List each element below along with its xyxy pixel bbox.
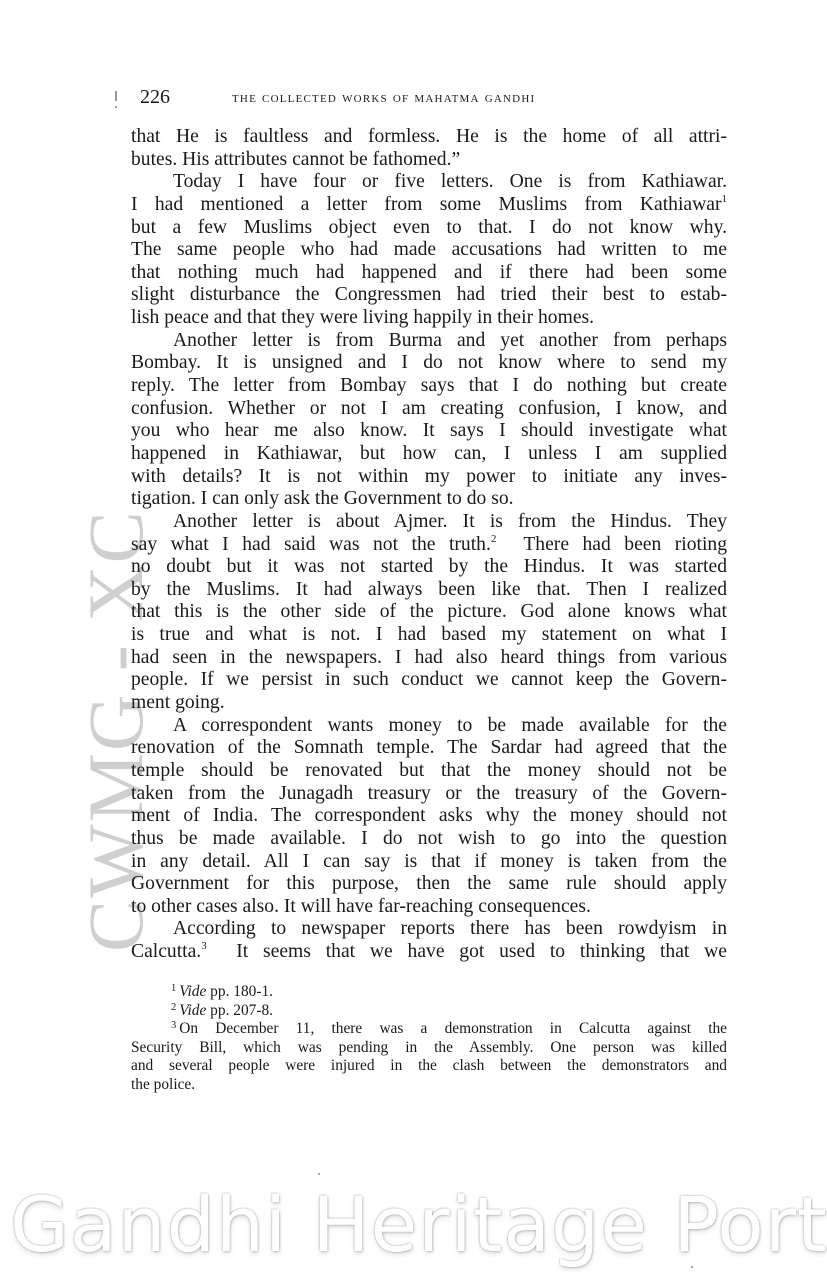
text-line: with details? It is not within my power …	[131, 466, 727, 489]
running-title: THE COLLECTED WORKS OF MAHATMA GANDHI	[232, 89, 535, 107]
text-span: It seems that we have got used to thinki…	[236, 941, 727, 962]
footnote-2: 2Vide pp. 207-8.	[131, 1002, 727, 1021]
text-line: ment of India. The correspondent asks wh…	[131, 805, 727, 828]
text-line: A correspondent wants money to be made a…	[131, 715, 727, 738]
paragraph: Another letter is about Ajmer. It is fro…	[131, 511, 727, 715]
text-line: taken from the Junagadh treasury or the …	[131, 783, 727, 806]
paragraph: According to newspaper reports there has…	[131, 918, 727, 963]
paragraph: Today I have four or five letters. One i…	[131, 171, 727, 329]
text-line: thus be made available. I do not wish to…	[131, 828, 727, 851]
text-span: There had been rioting	[523, 534, 727, 555]
text-line: Calcutta.3 It seems that we have got use…	[131, 941, 727, 964]
scan-speck	[318, 1173, 320, 1175]
text-line: no doubt but it was not started by the H…	[131, 556, 727, 579]
footnote-text: On December 11, there was a demonstratio…	[179, 1020, 727, 1037]
text-line: that nothing much had happened and if th…	[131, 262, 727, 285]
footnote-marker: 1	[171, 983, 176, 994]
body-text: that He is faultless and formless. He is…	[131, 126, 727, 964]
margin-mark	[115, 91, 117, 101]
paragraph: that He is faultless and formless. He is…	[131, 126, 727, 171]
text-span: Calcutta.	[131, 941, 201, 962]
text-line: confusion. Whether or not I am creating …	[131, 398, 727, 421]
footnote-italic: Vide	[179, 1002, 206, 1019]
text-span: say what I had said was not the truth.	[131, 534, 491, 555]
text-span: I had mentioned a letter from some Musli…	[131, 194, 722, 215]
text-line: According to newspaper reports there has…	[131, 918, 727, 941]
footnote-italic: Vide	[179, 983, 206, 1000]
document-page: CWMG - XC 226 THE COLLECTED WORKS OF MAH…	[0, 0, 827, 1272]
page-number: 226	[140, 86, 170, 109]
text-line: by the Muslims. It had always been like …	[131, 579, 727, 602]
text-line: that He is faultless and formless. He is…	[131, 126, 727, 149]
text-line: ment going.	[131, 692, 727, 715]
footnote-marker: 3	[171, 1020, 176, 1031]
text-line: renovation of the Somnath temple. The Sa…	[131, 737, 727, 760]
footnote-1: 1Vide pp. 180-1.	[131, 983, 727, 1002]
paragraph: A correspondent wants money to be made a…	[131, 715, 727, 919]
text-line: people. If we persist in such conduct we…	[131, 669, 727, 692]
text-line: temple should be renovated but that the …	[131, 760, 727, 783]
text-line: but a few Muslims object even to that. I…	[131, 217, 727, 240]
footnote-3-line: Security Bill, which was pending in the …	[131, 1039, 727, 1058]
bottom-watermark: Gandhi Heritage Portal	[10, 1180, 820, 1270]
text-line: in any detail. All I can say is that if …	[131, 851, 727, 874]
footnote-3-line: and several people were injured in the c…	[131, 1057, 727, 1076]
footnotes: 1Vide pp. 180-1. 2Vide pp. 207-8. 3On De…	[131, 983, 727, 1095]
text-line: butes. His attributes cannot be fathomed…	[131, 149, 727, 172]
text-line: reply. The letter from Bombay says that …	[131, 375, 727, 398]
text-line: Another letter is from Burma and yet ano…	[131, 330, 727, 353]
margin-dot	[115, 106, 117, 108]
text-line: I had mentioned a letter from some Musli…	[131, 194, 727, 217]
footnote-ref[interactable]: 3	[201, 940, 207, 952]
text-line: Another letter is about Ajmer. It is fro…	[131, 511, 727, 534]
text-line: Government for this purpose, then the sa…	[131, 873, 727, 896]
running-head: 226 THE COLLECTED WORKS OF MAHATMA GANDH…	[136, 86, 736, 110]
running-title-text: THE COLLECTED WORKS OF MAHATMA GANDHI	[232, 89, 535, 106]
footnote-3-line: the police.	[131, 1076, 727, 1095]
text-line: tigation. I can only ask the Government …	[131, 488, 727, 511]
text-line: to other cases also. It will have far-re…	[131, 896, 727, 919]
footnote-ref[interactable]: 2	[491, 533, 497, 545]
text-line: slight disturbance the Congressmen had t…	[131, 284, 727, 307]
text-line: had seen in the newspapers. I had also h…	[131, 647, 727, 670]
text-line: happened in Kathiawar, but how can, I un…	[131, 443, 727, 466]
text-line: The same people who had made accusations…	[131, 239, 727, 262]
footnote-text: pp. 180-1.	[210, 983, 273, 1000]
text-line: is true and what is not. I had based my …	[131, 624, 727, 647]
footnote-text: pp. 207-8.	[210, 1002, 273, 1019]
text-line: Today I have four or five letters. One i…	[131, 171, 727, 194]
footnote-3: 3On December 11, there was a demonstrati…	[131, 1020, 727, 1039]
footnote-marker: 2	[171, 1002, 176, 1013]
text-line: Bombay. It is unsigned and I do not know…	[131, 352, 727, 375]
text-line: say what I had said was not the truth.2 …	[131, 534, 727, 557]
text-line: lish peace and that they were living hap…	[131, 307, 727, 330]
footnote-ref[interactable]: 1	[722, 193, 728, 205]
paragraph: Another letter is from Burma and yet ano…	[131, 330, 727, 511]
text-line: you who hear me also know. It says I sho…	[131, 420, 727, 443]
text-line: that this is the other side of the pictu…	[131, 601, 727, 624]
